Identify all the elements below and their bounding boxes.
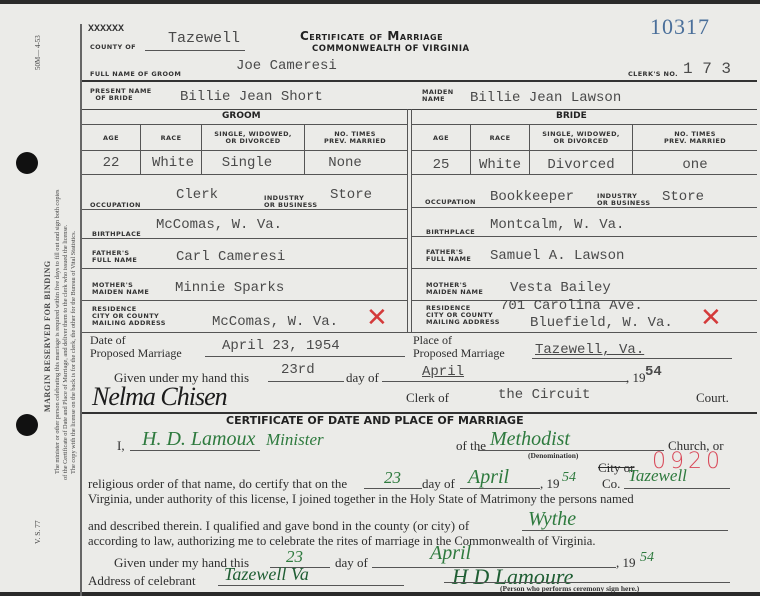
label-line: OF BRIDE (95, 94, 133, 102)
bride-father-label: FATHER'SFULL NAME (426, 249, 471, 263)
certificate-paper: 50M— 4-53 V. S. 77 MARGIN RESERVED FOR B… (0, 4, 760, 592)
date-label: Date ofProposed Marriage (90, 334, 182, 360)
signature-underline (444, 582, 730, 583)
clerk-year-prefix: , 19 (626, 370, 646, 386)
bride-father: Samuel A. Lawson (490, 248, 624, 264)
rule-birthplace (82, 238, 408, 239)
red-check-mark: ✕ (366, 303, 388, 333)
stamp-number: 10317 (650, 14, 710, 40)
marriage-day-of: day of (422, 476, 455, 492)
label-line: PREV. MARRIED (664, 137, 726, 145)
marriage-day-underline (364, 488, 422, 489)
groom-mother: Minnie Sparks (175, 280, 284, 296)
marriage-month-underline (460, 488, 540, 489)
bride-col-race: RACE (471, 135, 529, 142)
groom-name-value: Joe Cameresi (236, 58, 337, 74)
groom-birthplace-label: BIRTHPLACE (92, 231, 141, 238)
label-line: Place of (413, 333, 452, 347)
groom-col-race: RACE (141, 135, 201, 142)
groom-col-age: AGE (82, 135, 140, 142)
form-code-top: XXXXXX (88, 24, 124, 35)
rule-bride-name (82, 109, 757, 110)
celebrant-day-of: day of (335, 555, 368, 571)
rule-heading (82, 124, 408, 125)
rites-text: according to law, authorizing me to cele… (88, 534, 596, 549)
proposed-place: Tazewell, Va. (535, 342, 644, 358)
maiden-name-label: MAIDENNAME (422, 89, 454, 103)
bride-present-name-value: Billie Jean Short (180, 89, 323, 105)
court-name: the Circuit (498, 387, 590, 403)
label-line: OR BUSINESS (597, 199, 650, 207)
bride-mother-label: MOTHER'SMAIDEN NAME (426, 282, 483, 296)
bride-birthplace: Montcalm, W. Va. (490, 217, 624, 233)
bride-col-status: SINGLE, WIDOWED,OR DIVORCED (530, 131, 632, 145)
of-the-label: of the (456, 438, 486, 454)
celebrant-given-month: April (430, 542, 471, 565)
label-line: FULL NAME (92, 256, 137, 264)
county-label: COUNTY OF (90, 44, 136, 51)
binding-hole-bottom (16, 414, 38, 436)
clerk-of-label: Clerk of (406, 390, 449, 406)
groom-status: Single (202, 155, 292, 171)
clerk-month-underline (382, 381, 628, 382)
groom-heading: GROOM (222, 111, 261, 121)
court-label: Court. (696, 390, 729, 406)
i-label: I, (117, 438, 125, 454)
groom-industry: Store (330, 187, 372, 203)
bride-col-times: NO. TIMESPREV. MARRIED (633, 131, 757, 145)
clerks-no-label: CLERK'S NO. (628, 71, 678, 78)
county-value: Tazewell (168, 30, 240, 47)
clerks-no-value: 1 7 3 (683, 60, 731, 78)
date-underline (205, 356, 405, 357)
groom-age: 22 (82, 155, 140, 171)
margin-heading: MARGIN RESERVED FOR BINDING (43, 260, 52, 412)
label-line: MAIDEN NAME (426, 288, 483, 296)
label-line: OR DIVORCED (553, 137, 608, 145)
authority-text: Virginia, under authority of this licens… (88, 492, 634, 507)
rule-father (82, 268, 408, 269)
center-divider-b (411, 109, 412, 332)
clerk-day-of: day of (346, 370, 379, 386)
celebrant-address-label: Address of celebrant (88, 573, 196, 589)
maiden-name-value: Billie Jean Lawson (470, 90, 621, 106)
rule-groom-name (82, 80, 757, 82)
celebrant-address-underline (218, 585, 404, 586)
groom-industry-label: INDUSTRYOR BUSINESS (264, 195, 317, 209)
groom-residence: McComas, W. Va. (212, 314, 338, 330)
groom-mother-label: MOTHER'SMAIDEN NAME (92, 282, 149, 296)
label-line: Proposed Marriage (413, 346, 505, 360)
bride-present-name-label: PRESENT NAME OF BRIDE (90, 88, 152, 102)
bride-mother: Vesta Bailey (510, 280, 611, 296)
label-line: PREV. MARRIED (324, 137, 386, 145)
label-line: FULL NAME (426, 255, 471, 263)
rule-heading-bride (412, 124, 757, 125)
celebrant-name: H. D. Lamoux (142, 428, 255, 451)
county-underline (145, 50, 245, 51)
bride-occupation: Bookkeeper (490, 189, 574, 205)
binding-hole-top (16, 152, 38, 174)
bond-county-underline (522, 530, 728, 531)
celebrant-given-year: 54 (640, 550, 654, 566)
celebrant-cert-heading: CERTIFICATE OF DATE AND PLACE OF MARRIAG… (226, 414, 524, 427)
groom-col-times: NO. TIMESPREV. MARRIED (305, 131, 405, 145)
label-line: MAIDEN NAME (92, 288, 149, 296)
document-subtitle: Commonwealth of Virginia (312, 44, 470, 54)
rule-occupation-bride (412, 207, 757, 208)
bride-industry: Store (662, 189, 704, 205)
label-line: MAILING ADDRESS (426, 318, 500, 326)
groom-father-label: FATHER'SFULL NAME (92, 250, 137, 264)
bride-col-age: AGE (412, 135, 470, 142)
marriage-year: 54 (562, 470, 576, 486)
county-co-label: Co. (602, 476, 620, 492)
celebrant-year-prefix: , 19 (616, 555, 636, 571)
bond-county: Wythe (528, 508, 576, 531)
label-line: OR BUSINESS (264, 201, 317, 209)
bride-heading: BRIDE (556, 111, 587, 121)
groom-father: Carl Cameresi (176, 249, 285, 265)
rule-mother (82, 300, 408, 301)
clerk-given-day: 23rd (281, 362, 315, 378)
bond-text: and described therein. I qualified and g… (88, 518, 469, 534)
bride-birthplace-label: BIRTHPLACE (426, 229, 475, 236)
rule-father-bride (412, 268, 757, 269)
celebrant-name-underline (130, 450, 260, 451)
document-title: Certificate of Marriage (300, 29, 443, 43)
bride-times-married: one (633, 157, 757, 173)
groom-name-label: FULL NAME OF GROOM (90, 71, 181, 78)
margin-instructions-1: The minister or other person celebrating… (54, 189, 61, 474)
center-divider-a (407, 109, 408, 332)
rule-birthplace-bride (412, 236, 757, 237)
margin-instructions-2: of the Certificate of Date and Place of … (62, 225, 69, 480)
label-line: MAILING ADDRESS (92, 319, 166, 327)
marriage-year-prefix: , 19 (540, 476, 560, 492)
groom-times-married: None (305, 155, 385, 171)
denomination: Methodist (490, 428, 570, 451)
clerk-day-underline (268, 381, 344, 382)
clerk-given-year: 54 (645, 364, 662, 380)
label-line: OR DIVORCED (225, 137, 280, 145)
celebrant-address: Tazewell Va (224, 564, 309, 585)
bride-residence-label: RESIDENCECITY OR COUNTYMAILING ADDRESS (426, 305, 500, 326)
groom-birthplace: McComas, W. Va. (156, 217, 282, 233)
form-id: V. S. 77 (33, 520, 42, 544)
religious-order-text: religious order of that name, do certify… (88, 476, 347, 492)
proposed-date: April 23, 1954 (222, 338, 340, 354)
celebrant-title: Minister (266, 430, 324, 450)
bride-occupation-label: OCCUPATION (425, 199, 476, 206)
marriage-month: April (468, 466, 509, 489)
groom-race: White (141, 155, 205, 171)
bride-race: White (471, 157, 529, 173)
signature-caption: (Person who performs ceremony sign here.… (500, 584, 639, 593)
label-line: NAME (422, 95, 445, 103)
groom-occupation-label: OCCUPATION (90, 202, 141, 209)
marriage-county: Tazewell (628, 466, 687, 486)
place-underline (532, 358, 732, 359)
marriage-county-underline (624, 488, 730, 489)
groom-occupation: Clerk (176, 187, 218, 203)
rule-colhdr-bride (412, 150, 757, 151)
bride-status: Divorced (530, 157, 632, 173)
bride-residence-city: Bluefield, W. Va. (530, 315, 673, 331)
groom-col-status: SINGLE, WIDOWED,OR DIVORCED (202, 131, 304, 145)
clerk-signature: Nelma Chisen (92, 382, 227, 412)
bride-age: 25 (412, 157, 470, 173)
label-line: Proposed Marriage (90, 346, 182, 360)
rule-colhdr (82, 150, 408, 151)
groom-residence-label: RESIDENCECITY OR COUNTYMAILING ADDRESS (92, 306, 166, 327)
red-check-mark: ✕ (700, 303, 722, 333)
bride-residence-street: 701 Carolina Ave. (500, 298, 643, 314)
margin-instructions-3: The copy with the license on the back is… (70, 231, 77, 474)
rule-occupation (82, 209, 408, 210)
bride-industry-label: INDUSTRYOR BUSINESS (597, 193, 650, 207)
denomination-caption: (Denomination) (528, 451, 578, 460)
marriage-day: 23 (384, 468, 401, 488)
rule-values (82, 174, 408, 175)
label-line: Date of (90, 333, 126, 347)
form-print-code: 50M— 4-53 (34, 35, 42, 70)
place-label: Place ofProposed Marriage (413, 334, 505, 360)
clerk-given-month: April (422, 364, 464, 380)
rule-values-bride (412, 174, 757, 175)
